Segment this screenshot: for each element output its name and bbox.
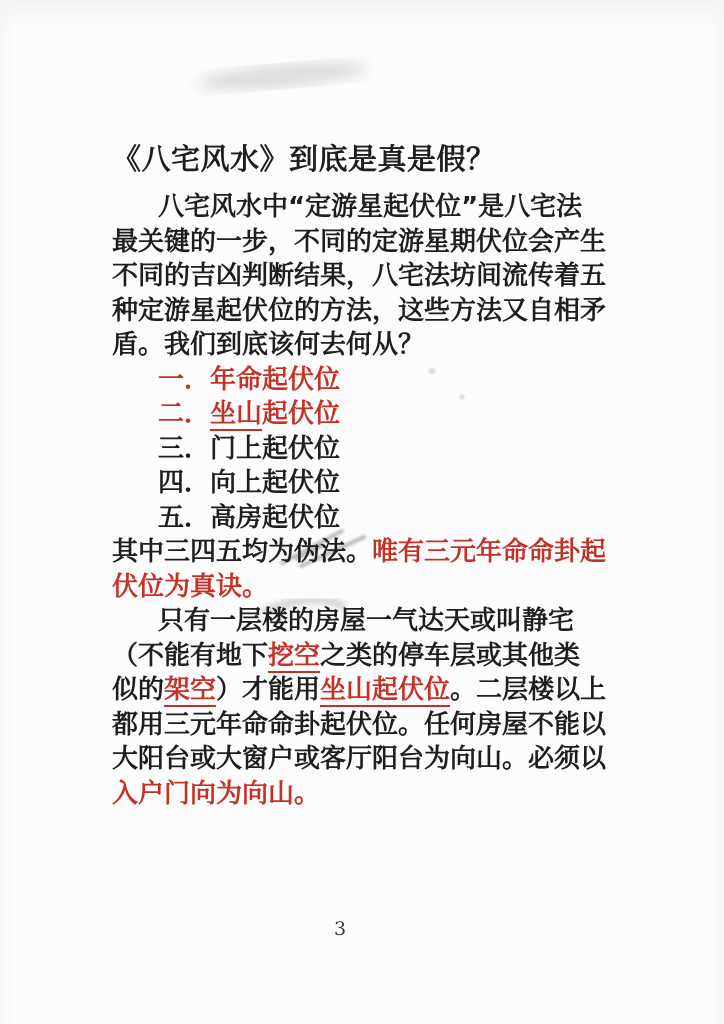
text-line: 入户门向为向山。 — [112, 777, 612, 812]
text-segment: 盾。我们到底该何去何从？ — [112, 330, 424, 360]
text-line: 四．向上起伏位 — [112, 466, 612, 501]
text-segment: 都用三元年命命卦起伏位。任何房屋不能以 — [112, 710, 606, 740]
text-line: 种定游星起伏位的方法，这些方法又自相矛 — [112, 294, 612, 329]
text-segment: 似的 — [112, 675, 164, 705]
text-segment: 四．向上起伏位 — [158, 468, 340, 498]
text-line: 似的架空）才能用坐山起伏位。二层楼以上 — [112, 673, 612, 708]
text-segment: 五．高房起伏位 — [158, 503, 340, 533]
text-segment: 只有一层楼的房屋一气达天或叫静宅 — [158, 606, 574, 636]
text-column: 《八宅风水》到底是真是假？八宅风水中“定游星起伏位”是八宅法最关键的一步，不同的… — [112, 140, 612, 811]
text-segment: 唯有三元年命命卦起 — [372, 537, 606, 567]
text-line: 大阳台或大窗户或客厅阳台为向山。必须以 — [112, 742, 612, 777]
scanned-page: 《八宅风水》到底是真是假？八宅风水中“定游星起伏位”是八宅法最关键的一步，不同的… — [0, 0, 724, 1024]
text-line: 盾。我们到底该何去何从？ — [112, 328, 612, 363]
text-segment: 坐山 — [210, 399, 262, 431]
text-segment: ）才能用 — [216, 675, 320, 705]
text-segment: 三．门上起伏位 — [158, 434, 340, 464]
page-number: 3 — [320, 918, 360, 940]
text-segment: 入户门向为向山。 — [112, 779, 320, 809]
text-segment: 大阳台或大窗户或客厅阳台为向山。必须以 — [112, 744, 606, 774]
text-segment: 。二层楼以上 — [450, 675, 606, 705]
text-segment: 伏位为真诀。 — [112, 572, 268, 602]
text-segment: 一．年命起伏位 — [158, 365, 340, 395]
text-line: 三．门上起伏位 — [112, 432, 612, 467]
text-line: 一．年命起伏位 — [112, 363, 612, 398]
text-segment: 起伏位 — [262, 399, 340, 429]
text-segment: 架空 — [164, 675, 216, 707]
page-title: 《八宅风水》到底是真是假？ — [112, 140, 612, 190]
text-segment: 挖空 — [268, 641, 320, 673]
text-segment: 最关键的一步，不同的定游星期伏位会产生 — [112, 227, 606, 257]
text-line: 只有一层楼的房屋一气达天或叫静宅 — [112, 604, 612, 639]
text-line: 伏位为真诀。 — [112, 570, 612, 605]
text-segment: 八宅风水中“定游星起伏位”是八宅法 — [158, 192, 582, 222]
text-segment: 二． — [158, 399, 210, 429]
text-line: 都用三元年命命卦起伏位。任何房屋不能以 — [112, 708, 612, 743]
text-segment: 《八宅风水》到底是真是假？ — [112, 142, 496, 176]
text-line: 不同的吉凶判断结果，八宅法坊间流传着五 — [112, 259, 612, 294]
text-line: 五．高房起伏位 — [112, 501, 612, 536]
text-line: 其中三四五均为伪法。唯有三元年命命卦起 — [112, 535, 612, 570]
text-line: （不能有地下挖空之类的停车层或其他类 — [112, 639, 612, 674]
text-line: 最关键的一步，不同的定游星期伏位会产生 — [112, 225, 612, 260]
text-segment: 坐山起伏位 — [320, 675, 450, 707]
text-segment: 不同的吉凶判断结果，八宅法坊间流传着五 — [112, 261, 606, 291]
text-segment: 种定游星起伏位的方法，这些方法又自相矛 — [112, 296, 606, 326]
scan-smudge-top — [196, 58, 367, 95]
text-line: 八宅风水中“定游星起伏位”是八宅法 — [112, 190, 612, 225]
text-line: 二．坐山起伏位 — [112, 397, 612, 432]
text-segment: 其中三四五均为伪法。 — [112, 537, 372, 567]
text-segment: （不能有地下 — [112, 641, 268, 671]
text-segment: 之类的停车层或其他类 — [320, 641, 580, 671]
